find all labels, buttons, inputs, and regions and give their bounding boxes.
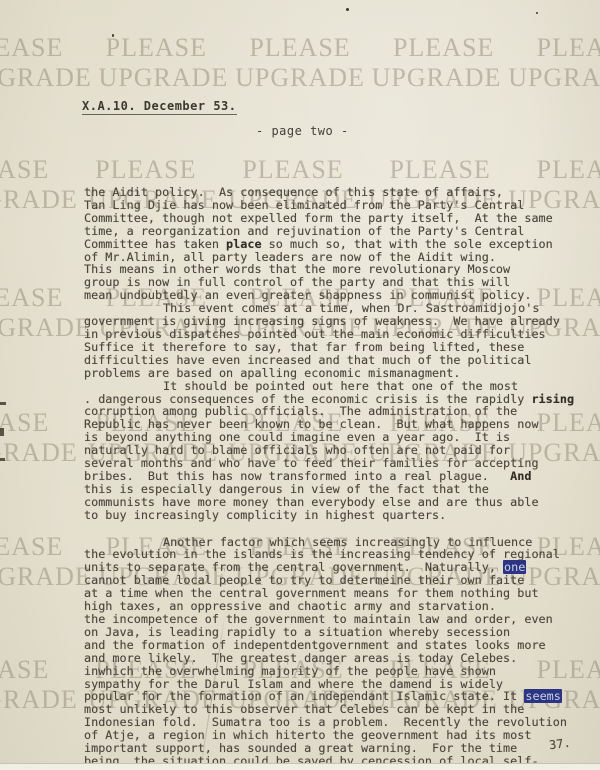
bold-word: place (226, 237, 262, 251)
text-line: the incompetence of the government to ma… (84, 613, 596, 626)
text-line: and the formation of indepentdentgovernm… (84, 639, 596, 652)
paper-edge-mark (0, 458, 5, 461)
watermark-word: UPGRADE (0, 313, 92, 343)
page-two-label: - page two - (256, 124, 349, 138)
watermark-word: UPGRADE (0, 562, 92, 592)
watermark-word: UPGRADE (508, 63, 600, 93)
page-number: 37. (548, 736, 571, 753)
document-page: PLEASEPLEASEPLEASEPLEASEPLEASEUPGRADEUPG… (0, 0, 600, 770)
watermark-word: PLEASE (242, 155, 343, 185)
watermark-word: PLEASE (537, 155, 600, 185)
watermark-word: PLEASE (0, 155, 49, 185)
watermark-word: PLEASE (0, 33, 63, 63)
paper-edge-mark (0, 402, 6, 405)
document-body: the Aidit policy. As consequence of this… (84, 186, 596, 768)
watermark-word: PLEASE (249, 33, 350, 63)
watermark-row: PLEASEPLEASEPLEASEPLEASEPLEASE (0, 33, 600, 63)
text-line: the Aidit policy. As consequence of this… (84, 186, 596, 199)
text-line: It should be pointed out here that one o… (84, 380, 596, 393)
text-line: time, a reorganization and rejuvination … (84, 225, 596, 238)
document-ref: X.A.10. December 53. (82, 99, 237, 115)
text-line: this is especially dangerous in view of … (84, 483, 596, 496)
watermark-row: PLEASEPLEASEPLEASEPLEASEPLEASE (0, 155, 600, 185)
text-line: difficulties have even increased and tha… (84, 354, 596, 367)
paper-speck (536, 12, 538, 14)
text-line: in previous dispatches pointed out the m… (84, 328, 596, 341)
watermark-word: PLEASE (393, 33, 494, 63)
bold-word: And (510, 469, 531, 483)
watermark-word: PLEASE (537, 33, 600, 63)
highlighted-word: one (503, 560, 526, 574)
text-line: problems are based on apalling economic … (84, 367, 596, 380)
paper-edge-mark (0, 428, 4, 436)
watermark-row: UPGRADEUPGRADEUPGRADEUPGRADEUPGRADE (0, 63, 600, 93)
watermark-word: UPGRADE (99, 63, 229, 93)
watermark-word: PLEASE (389, 155, 490, 185)
bold-word: rising (531, 392, 574, 406)
watermark-word: PLEASE (106, 33, 207, 63)
highlighted-word: seems (524, 689, 562, 703)
watermark-word: UPGRADE (0, 685, 78, 715)
watermark-word: UPGRADE (0, 185, 78, 215)
watermark-word: UPGRADE (372, 63, 502, 93)
watermark-word: UPGRADE (0, 438, 78, 468)
watermark-word: PLEASE (0, 408, 49, 438)
text-line: Suffice it therefore to say, that far fr… (84, 341, 596, 354)
watermark-word: PLEASE (0, 655, 49, 685)
watermark-word: PLEASE (0, 283, 63, 313)
watermark-word: UPGRADE (0, 63, 92, 93)
text-line: inwhich the overwhelming majority of the… (84, 665, 596, 678)
watermark-word: PLEASE (95, 155, 196, 185)
text-line: bribes. But this has now transformed int… (84, 470, 596, 483)
paper-bottom-edge (0, 763, 600, 770)
watermark-word: UPGRADE (235, 63, 365, 93)
watermark-word: PLEASE (0, 532, 63, 562)
text-line: on Java, is leading rapidly to a situati… (84, 626, 596, 639)
text-line: Committee, though not expelled form the … (84, 212, 596, 225)
text-line: Committee has taken place so much so, th… (84, 238, 596, 251)
text-line: to buy increasingly complicity in highes… (84, 509, 596, 522)
paper-speck (346, 8, 349, 11)
text-line: and more likely. The greatest danger are… (84, 652, 596, 665)
paper-speck (112, 34, 114, 37)
text-line: communists have more money than everybod… (84, 496, 596, 509)
text-line: Tan Ling Djie has now been eliminated fr… (84, 199, 596, 212)
